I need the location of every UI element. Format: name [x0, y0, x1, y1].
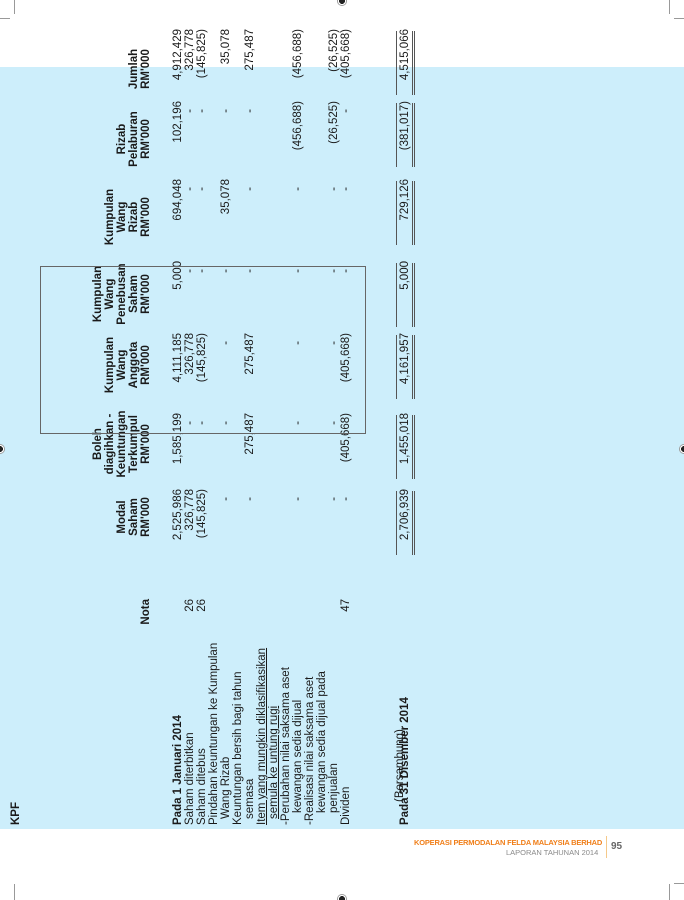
cell-value: -: [340, 497, 352, 509]
cell-value: (145,825): [196, 29, 208, 109]
cell-value: 35,078: [220, 179, 232, 259]
cell-value: 2,525,986: [172, 489, 184, 569]
row-label: Keuntungan bersih bagi tahun: [232, 672, 244, 825]
cell-value: -: [340, 109, 352, 121]
footer-company: KOPERASI PERMODALAN FELDA MALAYSIA BERHA…: [414, 838, 602, 847]
row-label: Pindahan keuntungan ke Kumpulan: [208, 643, 220, 825]
nota-ref: 26: [196, 599, 208, 639]
crop-mark: [0, 18, 10, 19]
cell-value: -: [328, 497, 340, 509]
total-rule: [412, 181, 415, 245]
cell-value: (381,017): [399, 101, 411, 181]
row-label: -Realisasi nilai saksama aset: [304, 677, 316, 825]
highlight-box: [40, 266, 366, 434]
rotated-statement: KPF NotaModalSahamRM'000Bolehdiagihkan -…: [0, 67, 684, 829]
cell-value: 4,912,429: [172, 29, 184, 109]
subtotal-rule: [396, 263, 397, 327]
page-number: 95: [611, 841, 622, 852]
cell-value: 4,515,066: [399, 29, 411, 109]
cell-value: 4,161,957: [399, 333, 411, 413]
cell-value: -: [184, 109, 196, 121]
cell-value: -: [196, 187, 208, 199]
section-label: KPF: [10, 802, 22, 825]
cell-value: 694,048: [172, 179, 184, 259]
row-label: Saham ditebus: [196, 748, 208, 825]
cell-value: (456,688): [292, 101, 304, 181]
cell-value: -: [196, 109, 208, 121]
row-label: penjualan: [328, 763, 340, 813]
cell-value: (26,525): [328, 101, 340, 181]
footer-report: LAPORAN TAHUNAN 2014: [506, 848, 598, 857]
total-rule: [412, 103, 415, 167]
total-rule: [412, 31, 415, 95]
nota-ref: 47: [340, 599, 352, 639]
cell-value: 2,706,939: [399, 489, 411, 569]
row-label: kewangan sedia dijual pada: [316, 671, 328, 813]
column-header-rizab_pelaburan: Rizab: [116, 94, 128, 184]
column-header-kw_rizab: Wang: [116, 172, 128, 262]
registration-mark-icon: [337, 894, 347, 900]
cell-value: -: [220, 109, 232, 121]
registration-mark-icon: [337, 0, 347, 6]
cell-value: (456,688): [292, 29, 304, 109]
row-label: Item yang mungkin diklasifikasikan: [256, 648, 268, 825]
crop-mark: [674, 883, 684, 884]
cell-value: -: [244, 497, 256, 509]
row-label: Dividen: [340, 787, 352, 825]
cell-value: -: [328, 187, 340, 199]
crop-mark: [14, 0, 15, 14]
cell-value: -: [184, 187, 196, 199]
row-label: semula ke untung rugi: [268, 706, 280, 819]
column-header-jumlah: Jumlah: [128, 24, 140, 114]
total-rule: [412, 263, 415, 327]
subtotal-rule: [396, 181, 397, 245]
cell-value: 1,455,018: [399, 413, 411, 493]
crop-mark: [14, 884, 15, 900]
cell-value: 275,487: [244, 29, 256, 109]
cell-value: -: [244, 109, 256, 121]
row-label: Saham diterbitkan: [184, 732, 196, 825]
row-label: semasa: [244, 779, 256, 819]
total-rule: [412, 335, 415, 399]
subtotal-rule: [396, 31, 397, 95]
total-rule: [412, 415, 415, 479]
total-rule: [412, 491, 415, 555]
cell-value: -: [244, 187, 256, 199]
cell-value: (145,825): [196, 489, 208, 569]
cell-value: 326,778: [184, 489, 196, 569]
cell-value: 35,078: [220, 29, 232, 109]
crop-mark: [669, 0, 670, 14]
column-header-kw_rizab: Kumpulan: [104, 172, 116, 262]
cell-value: 326,778: [184, 29, 196, 109]
column-header-kw_rizab: RM'000: [140, 172, 152, 262]
footer-separator: [606, 836, 607, 858]
subtotal-rule: [396, 335, 397, 399]
subtotal-rule: [396, 103, 397, 167]
nota-ref: 26: [184, 599, 196, 639]
cell-value: -: [292, 497, 304, 509]
cell-value: -: [292, 187, 304, 199]
subtotal-rule: [396, 491, 397, 555]
column-header-nota: Nota: [140, 599, 152, 659]
column-header-jumlah: RM'000: [140, 24, 152, 114]
column-header-kw_rizab: Rizab: [128, 172, 140, 262]
cell-value: -: [340, 187, 352, 199]
row-label: Pada 1 Januari 2014: [172, 715, 184, 825]
continued-note: (Bersambung): [394, 729, 406, 802]
row-label: kewangan sedia dijual: [292, 700, 304, 813]
cell-value: 5,000: [399, 261, 411, 341]
cell-value: (26,525): [328, 29, 340, 109]
cell-value: 102,196: [172, 101, 184, 181]
row-label: -Perubahan nilai saksama aset: [280, 667, 292, 825]
crop-mark: [674, 18, 684, 19]
cell-value: 729,126: [399, 179, 411, 259]
row-label: Wang Rizab: [220, 757, 232, 819]
crop-mark: [669, 884, 670, 900]
cell-value: (405,668): [340, 29, 352, 109]
cell-value: -: [220, 497, 232, 509]
subtotal-rule: [396, 415, 397, 479]
